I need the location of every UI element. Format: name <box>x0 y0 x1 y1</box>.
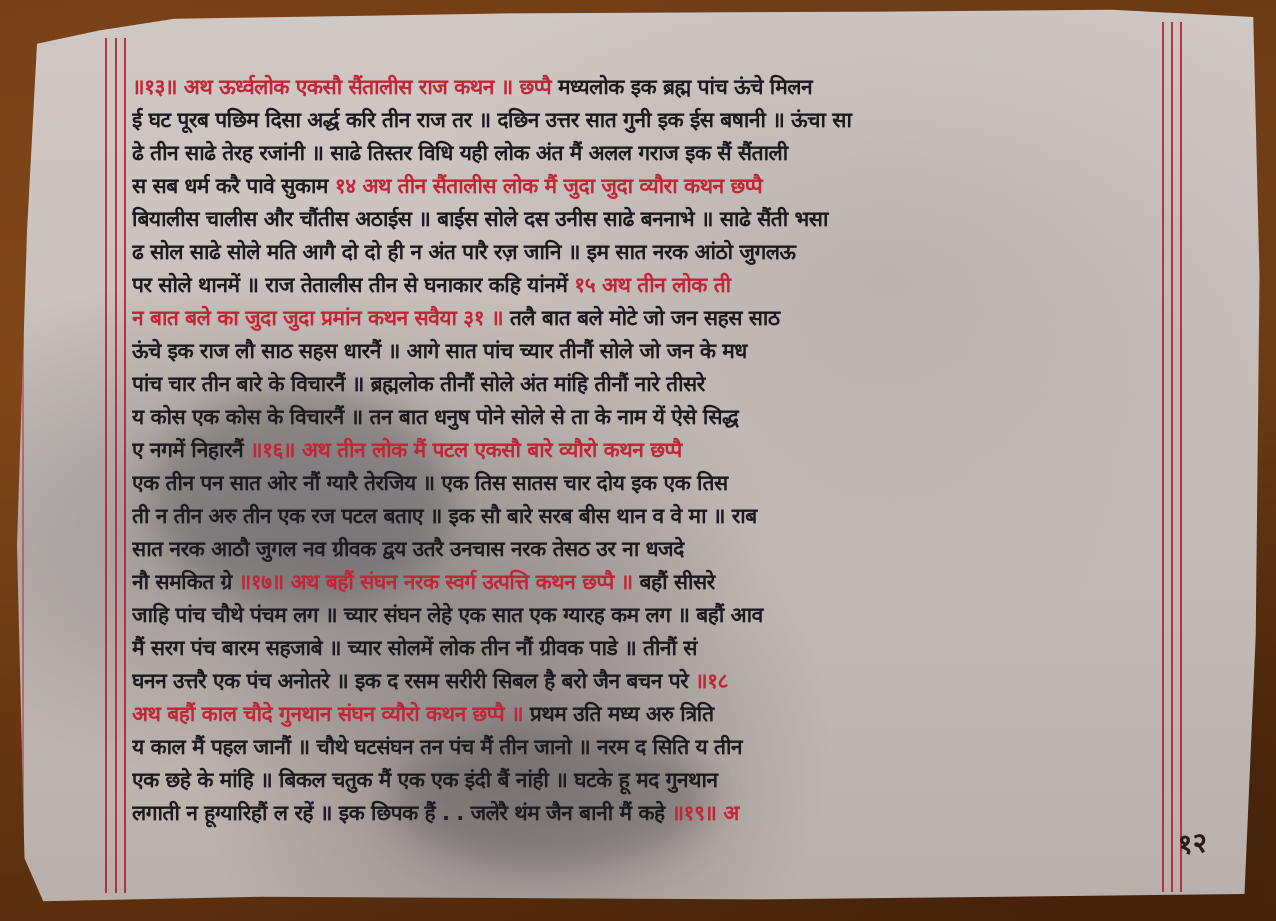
text-line: एक तीन पन सात ओर नौं ग्यारै तेरजिय ॥ एक … <box>132 468 1162 498</box>
body-text: तलै बात बले मोटे जो जन सहस साठ <box>503 306 780 330</box>
text-line: ढे तीन साढे तेरह रजांनी ॥ साढे तिस्तर वि… <box>132 138 1162 168</box>
text-line: य काल मैं पहल जानौं ॥ चौथे घटसंघन तन पंच… <box>132 732 1162 762</box>
rubric-text: ॥१६॥ अथ तीन लोक मैं पटल एकसौ बारे व्यौरो… <box>250 438 682 462</box>
text-line: पांच चार तीन बारे के विचारनैं ॥ ब्रह्मलो… <box>132 369 1162 399</box>
folio-number-text: १२ <box>1176 826 1208 862</box>
body-text: ऊंचा सा <box>791 108 851 132</box>
text-line: एक छहे के मांहि ॥ बिकल चतुक मैं एक एक इं… <box>132 765 1162 795</box>
body-text: प्रथम उति मध्य अरु त्रिति <box>523 702 714 726</box>
body-text: सात नरक आठौ जुगल नव ग्रीवक द्वय उतरै उनच… <box>132 537 684 561</box>
text-line: घनन उत्तरै एक पंच अनोतरे ॥ इक द रसम सरीर… <box>132 666 1162 696</box>
text-line: सात नरक आठौ जुगल नव ग्रीवक द्वय उतरै उनच… <box>132 534 1162 564</box>
left-rule-2 <box>115 38 117 893</box>
text-line: अथ बहौं काल चौदे गुनथान संघन व्यौरो कथन … <box>132 699 1162 729</box>
text-line: न बात बले का जुदा जुदा प्रमांन कथन सवैया… <box>132 303 1162 333</box>
rubric-text: ॥१८ <box>695 669 728 693</box>
body-text: एक तीन पन सात ओर नौं ग्यारै तेरजिय ॥ एक … <box>132 471 728 495</box>
body-text: ई घट पूरब पछिम दिसा अर्द्ध करि तीन राज त… <box>132 108 784 132</box>
left-rule-3 <box>124 38 126 893</box>
text-line: ॥१३॥ अथ ऊर्ध्वलोक एकसौ सैंतालीस राज कथन … <box>132 72 1162 102</box>
body-text: ढे तीन साढे तेरह रजांनी ॥ साढे तिस्तर वि… <box>132 141 788 165</box>
rubric-text: १४ अथ तीन सैंतालीस लोक मैं जुदा जुदा व्य… <box>335 174 762 198</box>
text-line: ती न तीन अरु तीन एक रज पटल बताए ॥ इक सौ … <box>132 501 1162 531</box>
body-text: ए नगमें निहारनैं <box>132 438 250 462</box>
body-text: य काल मैं पहल जानौं ॥ चौथे घटसंघन तन पंच… <box>132 735 742 759</box>
body-text: बहौं सीसरे <box>633 570 715 594</box>
body-text: जाहि पांच चौथे पंचम लग ॥ च्यार संघन लेहे… <box>132 603 763 627</box>
manuscript-text: ॥१३॥ अथ ऊर्ध्वलोक एकसौ सैंतालीस राज कथन … <box>132 72 1162 852</box>
body-text: मध्यलोक इक ब्रह्म पांच ऊंचे मिलन <box>551 75 812 99</box>
body-text: पर सोले थानमें ॥ राज तेतालीस तीन से घनाक… <box>132 273 574 297</box>
body-text: ढ सोल साढे सोले मति आगै दो दो ही न अंत प… <box>132 240 796 264</box>
body-text: नौ समकित ग्रे <box>132 570 239 594</box>
body-text: घनन उत्तरै एक पंच अनोतरे ॥ इक द रसम सरीर… <box>132 669 695 693</box>
text-line: ए नगमें निहारनैं ॥१६॥ अथ तीन लोक मैं पटल… <box>132 435 1162 465</box>
text-line: मैं सरग पंच बारम सहजाबे ॥ च्यार सोलमें ल… <box>132 633 1162 663</box>
text-line: ऊंचे इक राज लौ साठ सहस धारनैं ॥ आगे सात … <box>132 336 1162 366</box>
rubric-text: ॥१३॥ अथ ऊर्ध्वलोक एकसौ सैंतालीस राज कथन … <box>132 75 551 99</box>
text-line: स सब धर्म करै पावे सुकाम १४ अथ तीन सैंता… <box>132 171 1162 201</box>
body-text: लगाती न हूग्यारिहौं ल रहें ॥ इक छिपक हैं… <box>132 801 671 825</box>
right-rule-3 <box>1180 22 1182 892</box>
rubric-text: अथ बहौं काल चौदे गुनथान संघन व्यौरो कथन … <box>132 702 523 726</box>
body-text: एक छहे के मांहि ॥ बिकल चतुक मैं एक एक इं… <box>132 768 718 792</box>
body-text: ती न तीन अरु तीन एक रज पटल बताए ॥ इक सौ … <box>132 504 757 528</box>
text-line: लगाती न हूग्यारिहौं ल रहें ॥ इक छिपक हैं… <box>132 798 1162 828</box>
rubric-text: ॥१९॥ अ <box>671 801 738 825</box>
text-line: य कोस एक कोस के विचारनैं ॥ तन बात धनुष प… <box>132 402 1162 432</box>
text-line: पर सोले थानमें ॥ राज तेतालीस तीन से घनाक… <box>132 270 1162 300</box>
text-line: ढ सोल साढे सोले मति आगै दो दो ही न अंत प… <box>132 237 1162 267</box>
rubric-text: १५ अथ तीन लोक ती <box>574 273 730 297</box>
body-text: मैं सरग पंच बारम सहजाबे ॥ च्यार सोलमें ल… <box>132 636 697 660</box>
body-text: य कोस एक कोस के विचारनैं ॥ तन बात धनुष प… <box>132 405 738 429</box>
text-line: बियालीस चालीस और चौंतीस अठाईस ॥ बाईस सोल… <box>132 204 1162 234</box>
text-line: नौ समकित ग्रे ॥१७॥ अथ बहौं संघन नरक स्वर… <box>132 567 1162 597</box>
rubric-text: ॥१७॥ अथ बहौं संघन नरक स्वर्ग उत्पत्ति कथ… <box>239 570 633 594</box>
body-text: स सब धर्म करै पावे सुकाम <box>132 174 335 198</box>
text-line: ई घट पूरब पछिम दिसा अर्द्ध करि तीन राज त… <box>132 105 1162 135</box>
body-text: ऊंचे इक राज लौ साठ सहस धारनैं ॥ आगे सात … <box>132 339 747 363</box>
text-line: जाहि पांच चौथे पंचम लग ॥ च्यार संघन लेहे… <box>132 600 1162 630</box>
folio-number: १२ <box>1176 823 1209 864</box>
rubric-text: न बात बले का जुदा जुदा प्रमांन कथन सवैया… <box>132 306 503 330</box>
body-text: पांच चार तीन बारे के विचारनैं ॥ ब्रह्मलो… <box>132 372 705 396</box>
body-text: बियालीस चालीस और चौंतीस अठाईस ॥ बाईस सोल… <box>132 207 828 231</box>
left-rule-1 <box>105 38 107 893</box>
right-rule-2 <box>1171 22 1173 892</box>
right-rule-1 <box>1162 22 1164 892</box>
